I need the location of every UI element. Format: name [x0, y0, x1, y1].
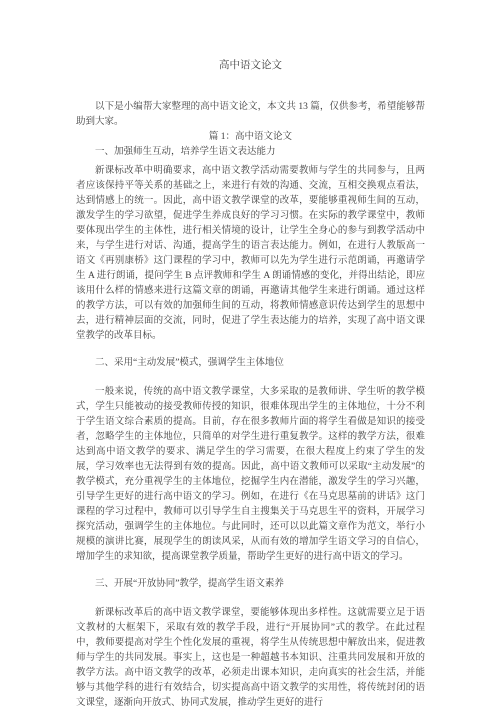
intro-paragraph: 以下是小编帮大家整理的高中语文论文，本文共 13 篇，仅供参考，希望能够帮助到大…	[76, 100, 425, 130]
document-page: 高中语文论文 以下是小编帮大家整理的高中语文论文，本文共 13 篇，仅供参考，希…	[0, 0, 500, 708]
document-title: 高中语文论文	[76, 58, 425, 74]
section-body-2: 一般来说，传统的高中语文教学课堂，大多采取的是教师讲、学生听的教学模式，学生只能…	[76, 385, 425, 565]
section-body-1: 新课标改革中明确要求，高中语文教学活动需要教师与学生的共同参与，且两者应该保持平…	[76, 164, 425, 344]
section-heading-1: 一、加强师生互动，培养学生语文表达能力	[76, 145, 425, 160]
section-body-3: 新课标改革后的高中语文教学课堂，要能够体现出多样性。这就需要立足于语文教材的大框…	[76, 606, 425, 708]
section-heading-3: 三、开展“开放协同”教学，提高学生语文素养	[76, 577, 425, 592]
section-heading-2: 二、采用“主动发展”模式，强调学生主体地位	[76, 356, 425, 371]
article-heading: 篇 1：高中语文论文	[76, 130, 425, 145]
